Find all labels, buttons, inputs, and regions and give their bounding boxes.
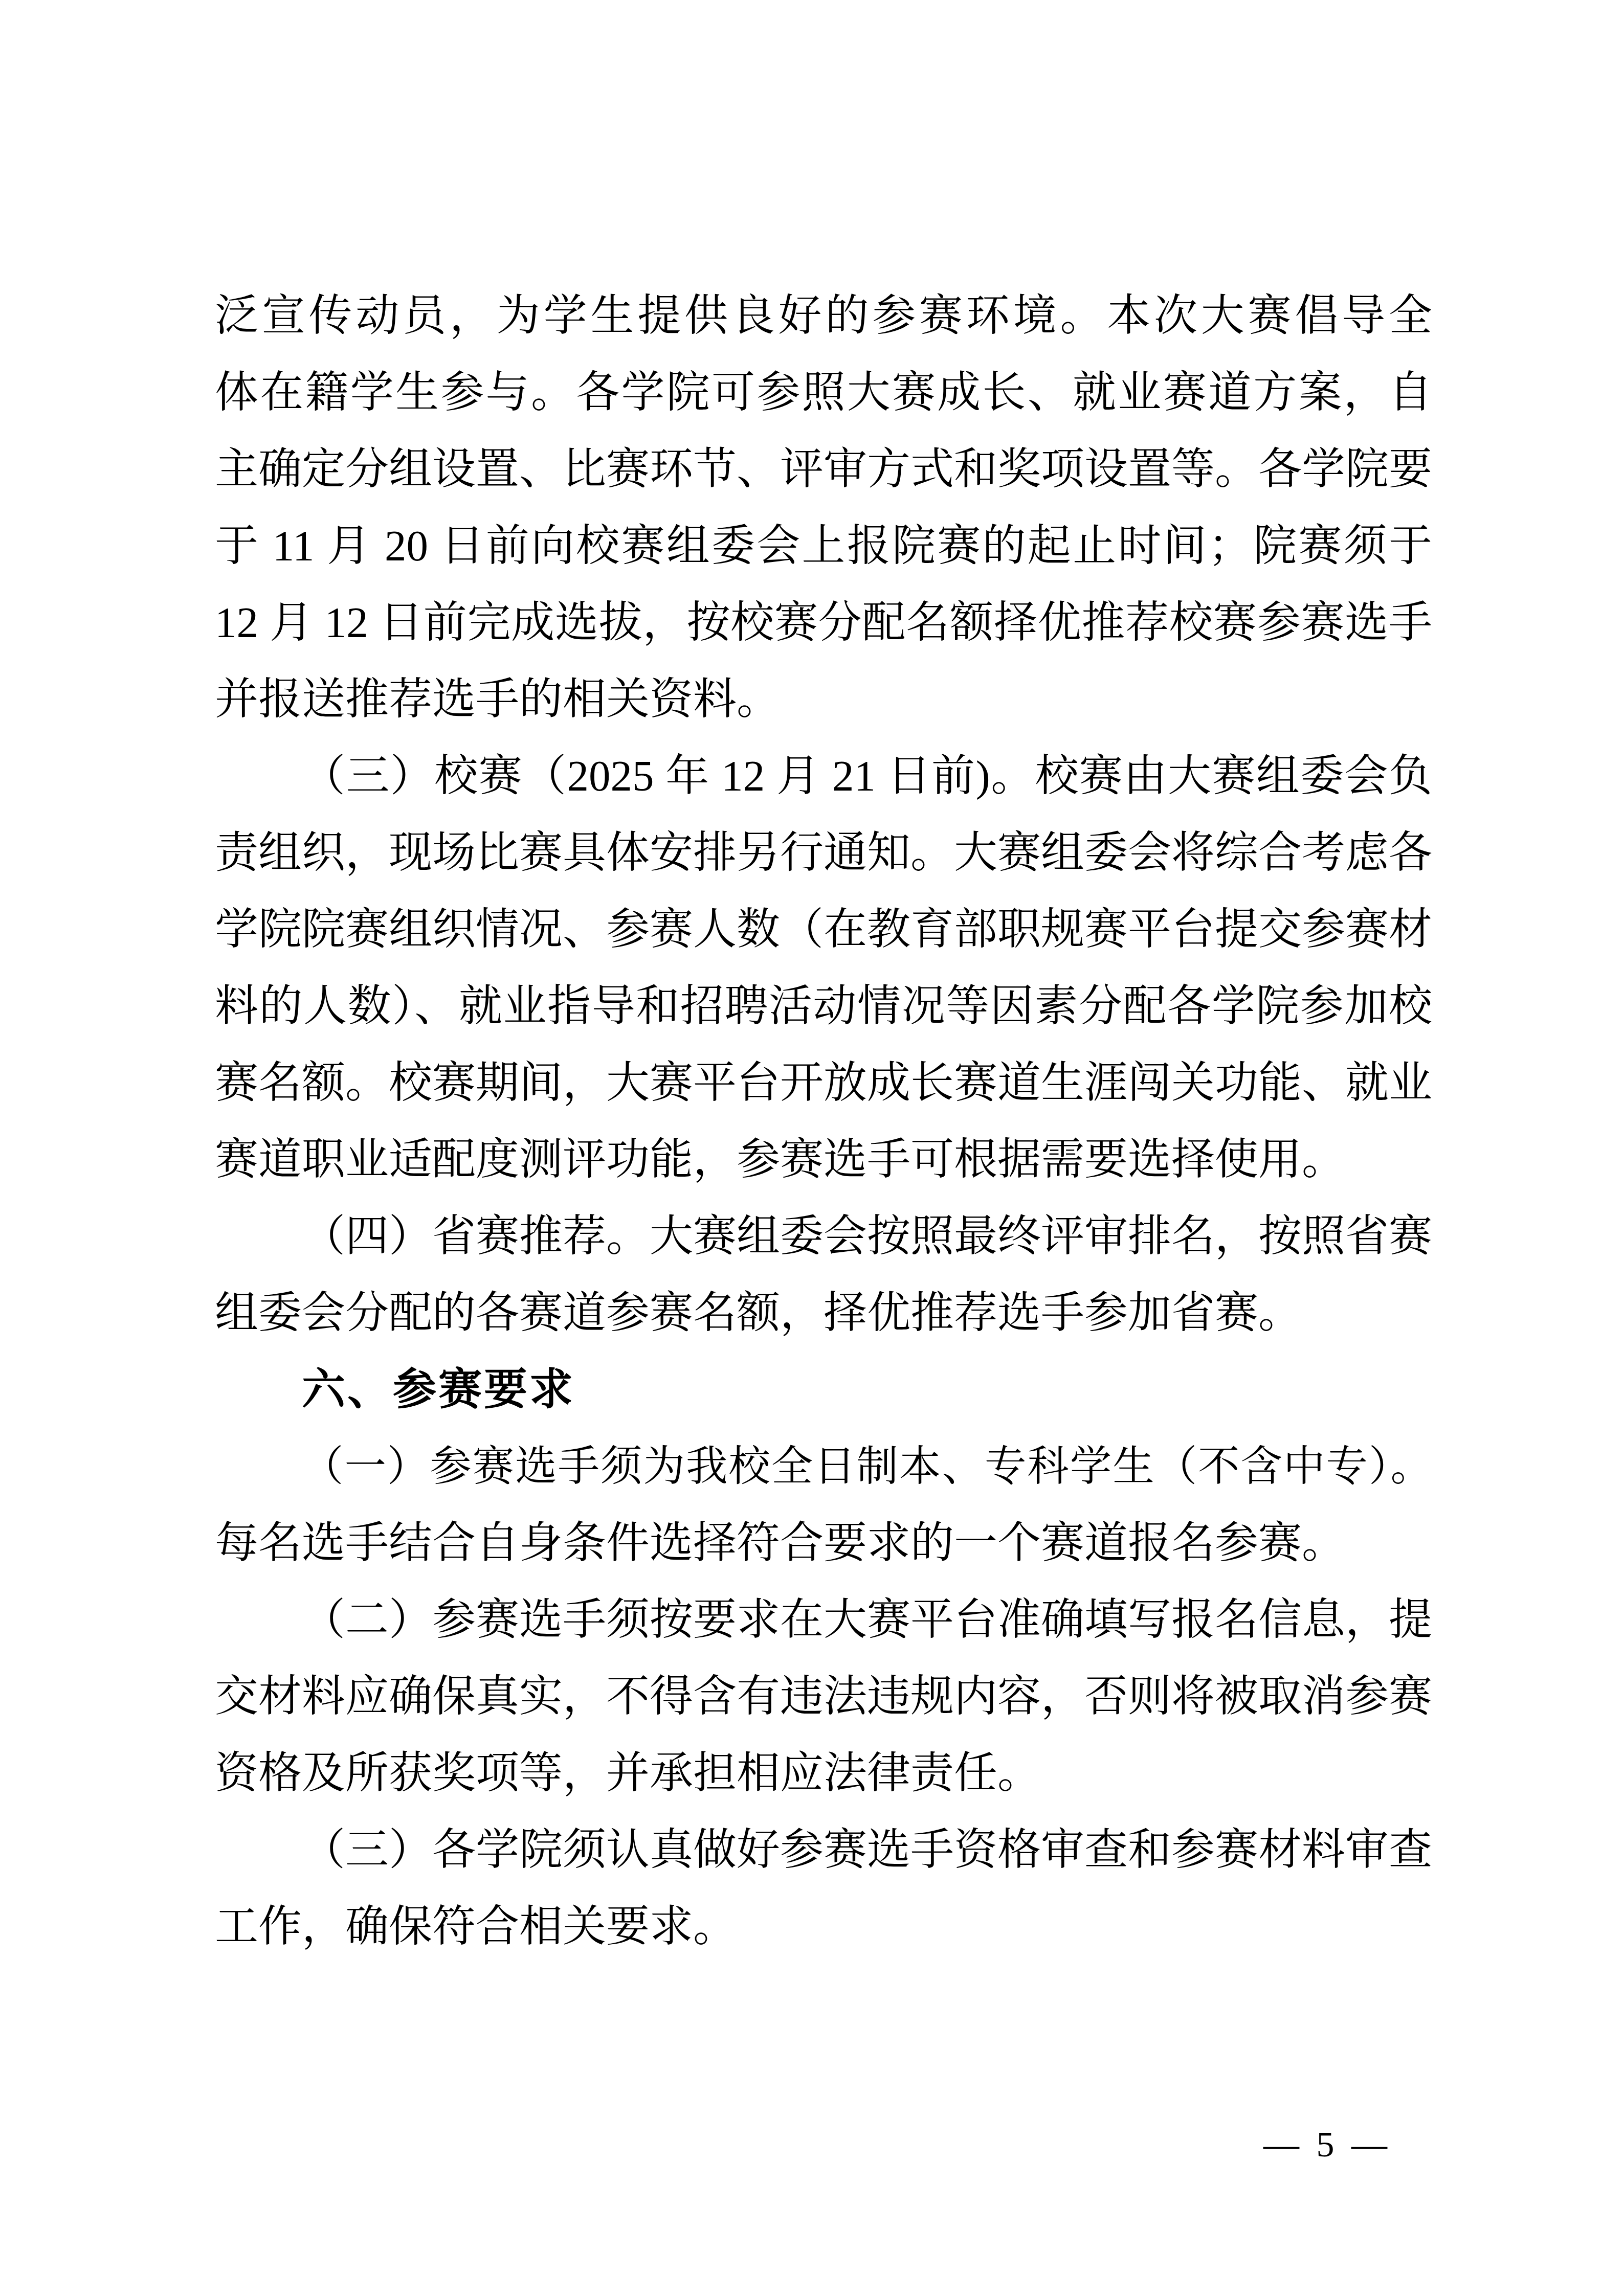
text-line: 资格及所获奖项等，并承担相应法律责任。 bbox=[215, 1735, 1432, 1812]
text-line: 体在籍学生参与。各学院可参照大赛成长、就业赛道方案，自 bbox=[215, 354, 1432, 431]
page-number: — 5 — bbox=[1263, 2122, 1391, 2168]
text-line: 于 11 月 20 日前向校赛组委会上报院赛的起止时间；院赛须于 bbox=[215, 508, 1432, 584]
text-line: 赛名额。校赛期间，大赛平台开放成长赛道生涯闯关功能、就业 bbox=[215, 1045, 1432, 1121]
text-line: 12 月 12 日前完成选拔，按校赛分配名额择优推荐校赛参赛选手 bbox=[215, 584, 1432, 661]
text-line: （三）各学院须认真做好参赛选手资格审查和参赛材料审查 bbox=[215, 1812, 1432, 1888]
text-line: 赛道职业适配度测评功能，参赛选手可根据需要选择使用。 bbox=[215, 1121, 1432, 1198]
text-line: （二）参赛选手须按要求在大赛平台准确填写报名信息，提 bbox=[215, 1582, 1432, 1658]
text-line: 料的人数）、就业指导和招聘活动情况等因素分配各学院参加校 bbox=[215, 968, 1432, 1045]
text-line: （四）省赛推荐。大赛组委会按照最终评审排名，按照省赛 bbox=[215, 1198, 1432, 1275]
text-line: （三）校赛（2025 年 12 月 21 日前)。校赛由大赛组委会负 bbox=[215, 738, 1432, 815]
text-line: 每名选手结合自身条件选择符合要求的一个赛道报名参赛。 bbox=[215, 1505, 1432, 1582]
text-line: 责组织，现场比赛具体安排另行通知。大赛组委会将综合考虑各 bbox=[215, 815, 1432, 891]
section-heading: 六、参赛要求 bbox=[215, 1352, 1432, 1428]
text-line: 学院院赛组织情况、参赛人数（在教育部职规赛平台提交参赛材 bbox=[215, 891, 1432, 968]
document-body: 泛宣传动员，为学生提供良好的参赛环境。本次大赛倡导全 体在籍学生参与。各学院可参… bbox=[215, 278, 1432, 1965]
text-line: 并报送推荐选手的相关资料。 bbox=[215, 661, 1432, 738]
document-page: 泛宣传动员，为学生提供良好的参赛环境。本次大赛倡导全 体在籍学生参与。各学院可参… bbox=[0, 0, 1624, 2296]
text-line: 组委会分配的各赛道参赛名额，择优推荐选手参加省赛。 bbox=[215, 1275, 1432, 1352]
text-line: （一）参赛选手须为我校全日制本、专科学生（不含中专）。 bbox=[215, 1428, 1432, 1505]
text-line: 工作，确保符合相关要求。 bbox=[215, 1888, 1432, 1965]
text-line: 主确定分组设置、比赛环节、评审方式和奖项设置等。各学院要 bbox=[215, 431, 1432, 508]
text-line: 泛宣传动员，为学生提供良好的参赛环境。本次大赛倡导全 bbox=[215, 278, 1432, 354]
text-line: 交材料应确保真实，不得含有违法违规内容，否则将被取消参赛 bbox=[215, 1658, 1432, 1735]
